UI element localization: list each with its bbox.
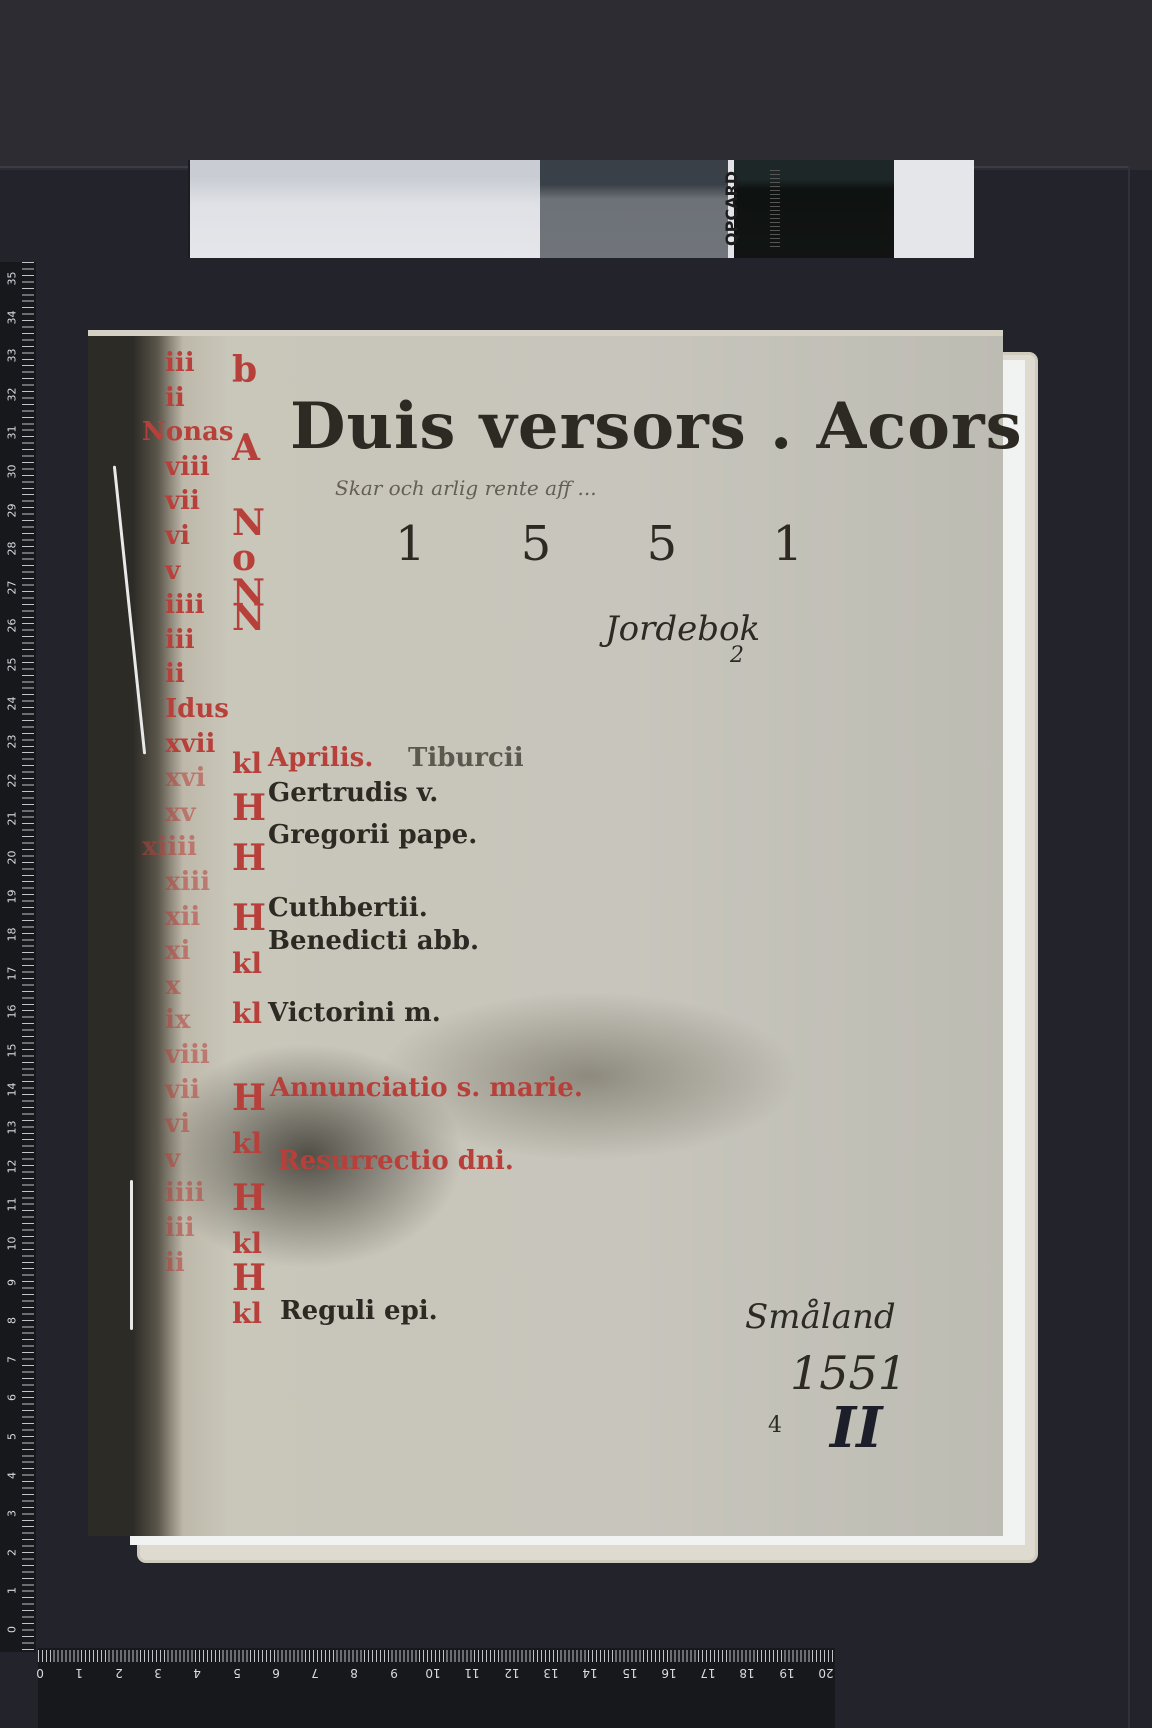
calendar-dominical-letter: kl — [232, 950, 262, 978]
manuscript-year: 1 5 5 1 — [395, 520, 843, 568]
calendar-numeral: viii — [165, 454, 210, 480]
vertical-ruler-label: 12 — [6, 1156, 19, 1176]
calendar-entry: Aprilis. — [268, 745, 373, 771]
calendar-numeral: vii — [165, 1077, 200, 1103]
horizontal-ruler-label: 16 — [659, 1666, 679, 1680]
vertical-ruler-label: 14 — [6, 1079, 19, 1099]
vertical-ruler-label: 18 — [6, 925, 19, 945]
jordebok-number: 2 — [730, 645, 744, 667]
vertical-ruler-label: 24 — [6, 693, 19, 713]
calendar-dominical-letter: b — [232, 352, 257, 388]
vertical-ruler-label: 34 — [6, 307, 19, 327]
calendar-dominical-letter: o — [232, 540, 256, 576]
calendar-entry: Tiburcii — [408, 745, 524, 771]
calendar-dominical-letter: N — [232, 505, 265, 541]
calendar-numeral: iii — [165, 1215, 195, 1241]
horizontal-ruler-ticks — [38, 1650, 835, 1662]
vertical-ruler-label: 26 — [6, 616, 19, 636]
calendar-numeral: xvii — [165, 731, 215, 757]
horizontal-ruler-label: 14 — [580, 1666, 600, 1680]
archive-prefix: 4 — [768, 1415, 782, 1437]
calendar-entry: Gregorii pape. — [268, 822, 477, 848]
archive-region: Småland — [745, 1300, 896, 1334]
qpcard-label-patch — [894, 160, 974, 258]
horizontal-ruler-label: 15 — [620, 1666, 640, 1680]
vertical-ruler-label: 10 — [6, 1234, 19, 1254]
calendar-dominical-letter: H — [232, 1180, 266, 1216]
calendar-numeral: iiii — [165, 592, 205, 618]
vertical-ruler-label: 7 — [6, 1349, 19, 1369]
horizontal-ruler-label: 5 — [227, 1666, 247, 1680]
vertical-ruler-label: 16 — [6, 1002, 19, 1022]
vertical-ruler-label: 3 — [6, 1504, 19, 1524]
horizontal-ruler-label: 18 — [737, 1666, 757, 1680]
vertical-ruler-label: 25 — [6, 655, 19, 675]
vertical-ruler-label: 9 — [6, 1272, 19, 1292]
calendar-dominical-letter: H — [232, 840, 266, 876]
horizontal-ruler-label: 13 — [541, 1666, 561, 1680]
calendar-dominical-letter: H — [232, 1260, 266, 1296]
calendar-numeral: ii — [165, 385, 185, 411]
calendar-numeral: viii — [165, 1042, 210, 1068]
calendar-entry: Reguli epi. — [280, 1298, 438, 1324]
calendar-dominical-letter: N — [232, 600, 265, 636]
vertical-ruler-label: 0 — [6, 1620, 19, 1640]
background-top — [0, 0, 1152, 170]
calendar-entry: Cuthbertii. — [268, 895, 428, 921]
calendar-numeral: iii — [165, 627, 195, 653]
calendar-numeral: ix — [165, 1007, 190, 1033]
horizontal-ruler-label: 19 — [777, 1666, 797, 1680]
horizontal-ruler-label: 6 — [266, 1666, 286, 1680]
vertical-ruler-label: 33 — [6, 346, 19, 366]
calendar-numeral: vii — [165, 488, 200, 514]
vertical-ruler-ticks — [22, 262, 34, 1652]
white-patch — [190, 160, 540, 258]
vertical-ruler-label: 17 — [6, 963, 19, 983]
color-reference-card — [188, 160, 786, 258]
calendar-numeral: xi — [165, 938, 190, 964]
vertical-ruler-label: 29 — [6, 500, 19, 520]
horizontal-ruler-label: 9 — [384, 1666, 404, 1680]
calendar-dominical-letter: kl — [232, 1000, 262, 1028]
calendar-numeral: xiiii — [142, 834, 197, 860]
vertical-ruler-label: 11 — [6, 1195, 19, 1215]
gray-patch — [540, 160, 732, 258]
calendar-numeral: xv — [165, 800, 196, 826]
horizontal-ruler: 01234567891011121314151617181920 — [38, 1648, 835, 1728]
calendar-entry: Annunciatio s. marie. — [270, 1075, 583, 1101]
vertical-ruler-label: 30 — [6, 462, 19, 482]
jordebok-label: Jordebok — [605, 612, 760, 646]
calendar-numeral: v — [165, 558, 180, 584]
horizontal-ruler-label: 1 — [69, 1666, 89, 1680]
calendar-dominical-letter: kl — [232, 1130, 262, 1158]
calendar-dominical-letter: kl — [232, 750, 262, 778]
calendar-numeral: x — [165, 973, 181, 999]
qpcard-brand-label: QPCARD — [722, 168, 752, 248]
vertical-ruler-label: 22 — [6, 770, 19, 790]
horizontal-ruler-label: 11 — [462, 1666, 482, 1680]
vertical-ruler-label: 4 — [6, 1465, 19, 1485]
calendar-numeral: ii — [165, 1250, 185, 1276]
binding-thread-bottom — [130, 1180, 133, 1330]
vertical-ruler-label: 1 — [6, 1581, 19, 1601]
horizontal-ruler-label: 0 — [30, 1666, 50, 1680]
horizontal-ruler-label: 17 — [698, 1666, 718, 1680]
calendar-numeral: iiii — [165, 1180, 205, 1206]
vertical-ruler-label: 35 — [6, 269, 19, 289]
horizontal-ruler-label: 3 — [148, 1666, 168, 1680]
vertical-ruler-label: 32 — [6, 384, 19, 404]
black-patch — [734, 160, 894, 258]
horizontal-ruler-label: 2 — [109, 1666, 129, 1680]
calendar-numeral: vi — [165, 1111, 190, 1137]
horizontal-ruler-label: 20 — [816, 1666, 836, 1680]
calendar-numeral: iii — [165, 350, 195, 376]
vertical-ruler-label: 28 — [6, 539, 19, 559]
vertical-ruler: 3534333231302928272625242322212019181716… — [0, 262, 36, 1652]
horizontal-ruler-label: 8 — [344, 1666, 364, 1680]
calendar-numeral: xii — [165, 904, 200, 930]
calendar-numeral: Nonas — [142, 419, 234, 445]
calendar-entry: Resurrectio dni. — [278, 1148, 514, 1174]
horizontal-ruler-label: 12 — [502, 1666, 522, 1680]
calendar-dominical-letter: H — [232, 790, 266, 826]
manuscript-title: Duis versors . Acors — [290, 395, 1023, 459]
vertical-ruler-label: 6 — [6, 1388, 19, 1408]
calendar-dominical-letter: H — [232, 1080, 266, 1116]
horizontal-ruler-label: 7 — [305, 1666, 325, 1680]
calendar-dominical-letter: kl — [232, 1300, 262, 1328]
vertical-ruler-label: 2 — [6, 1542, 19, 1562]
archive-volume: II — [830, 1400, 882, 1456]
glass-edge-vertical — [1128, 166, 1130, 1728]
calendar-numeral: Idus — [165, 696, 229, 722]
calendar-numeral: v — [165, 1146, 180, 1172]
vertical-ruler-label: 15 — [6, 1041, 19, 1061]
vertical-ruler-label: 21 — [6, 809, 19, 829]
vertical-ruler-label: 13 — [6, 1118, 19, 1138]
calendar-dominical-letter: A — [232, 430, 260, 466]
calendar-dominical-letter: H — [232, 900, 266, 936]
vertical-ruler-label: 23 — [6, 732, 19, 752]
calendar-dominical-letter: kl — [232, 1230, 262, 1258]
qpcard-scale-ticks — [770, 170, 780, 250]
calendar-entry: Gertrudis v. — [268, 780, 438, 806]
vertical-ruler-label: 20 — [6, 848, 19, 868]
horizontal-ruler-label: 4 — [187, 1666, 207, 1680]
calendar-numeral: xvi — [165, 765, 206, 791]
vertical-ruler-label: 5 — [6, 1427, 19, 1447]
archive-year: 1551 — [790, 1350, 907, 1396]
vertical-ruler-label: 19 — [6, 886, 19, 906]
horizontal-ruler-label: 10 — [423, 1666, 443, 1680]
calendar-entry: Victorini m. — [268, 1000, 441, 1026]
calendar-numeral: vi — [165, 523, 190, 549]
calendar-numeral: xiii — [165, 869, 210, 895]
vertical-ruler-label: 31 — [6, 423, 19, 443]
manuscript-subtitle: Skar och arlig rente aff ... — [335, 478, 597, 498]
vertical-ruler-label: 27 — [6, 577, 19, 597]
calendar-entry: Benedicti abb. — [268, 928, 479, 954]
vertical-ruler-label: 8 — [6, 1311, 19, 1331]
calendar-numeral: ii — [165, 661, 185, 687]
